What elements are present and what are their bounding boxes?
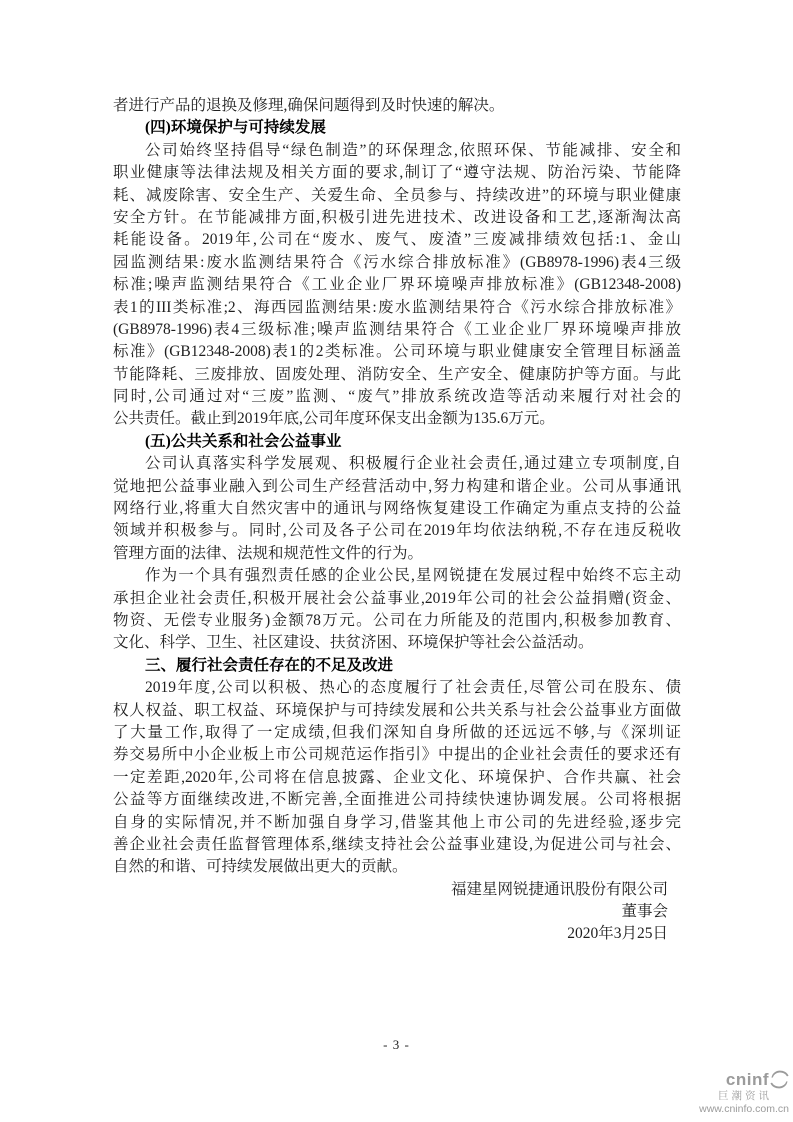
heading-section-5: (五)公共关系和社会公益事业 xyxy=(113,431,681,453)
page-number: - 3 - xyxy=(0,1037,793,1053)
para-improvement-line: 券交易所中小企业板上市公司规范运作指引》中提出的企业社会责任的要求还有 xyxy=(113,744,681,766)
para-environment-line: 公司始终坚持倡导“绿色制造”的环保理念,依照环保、节能减排、安全和 xyxy=(113,140,681,162)
para-environment-line: 耗能设备。2019年,公司在“废水、废气、废渣”三废减排绩效包括:1、金山 xyxy=(113,229,681,251)
para-environment-line: 同时,公司通过对“三废”监测、“废气”排放系统改造等活动来履行对社会的 xyxy=(113,386,681,408)
signature-board: 董事会 xyxy=(113,901,681,923)
para-environment-line: 安全方针。在节能减排方面,积极引进先进技术、改进设备和工艺,逐渐淘汰高 xyxy=(113,207,681,229)
para-environment-line: 公共责任。截止到2019年底,公司年度环保支出金额为135.6万元。 xyxy=(113,408,681,430)
para-charity-line: 文化、科学、卫生、社区建设、扶贫济困、环境保护等社会公益活动。 xyxy=(113,632,681,654)
para-charity-line: 承担企业社会责任,积极开展社会公益事业,2019年公司的社会公益捐赠(资金、 xyxy=(113,588,681,610)
para-improvement-line: 2019年度,公司以积极、热心的态度履行了社会责任,尽管公司在股东、债 xyxy=(113,677,681,699)
para-environment-line: 表1的III类标准;2、海西园监测结果:废水监测结果符合《污水综合排放标准》 xyxy=(113,297,681,319)
para-environment-line: 标准》(GB12348-2008)表1的2类标准。公司环境与职业健康安全管理目标… xyxy=(113,341,681,363)
para-improvement-line: 自然的和谐、可持续发展做出更大的贡献。 xyxy=(113,856,681,878)
document-page: 者进行产品的退换及修理,确保问题得到及时快速的解决。(四)环境保护与可持续发展公… xyxy=(0,0,793,1122)
cninfo-brand-text: cninf xyxy=(726,1070,769,1090)
para-environment-line: 园监测结果:废水监测结果符合《污水综合排放标准》(GB8978-1996)表4三… xyxy=(113,252,681,274)
para-public-relations-line: 管理方面的法律、法规和规范性文件的行为。 xyxy=(113,543,681,565)
signature-company: 福建星网锐捷通讯股份有限公司 xyxy=(113,879,681,901)
para-environment-line: 标准;噪声监测结果符合《工业企业厂界环境噪声排放标准》(GB12348-2008… xyxy=(113,274,681,296)
para-improvement-line: 一定差距,2020年,公司将在信息披露、企业文化、环境保护、合作共赢、社会 xyxy=(113,767,681,789)
para-public-relations-line: 领域并积极参与。同时,公司及各子公司在2019年均依法纳税,不存在违反税收 xyxy=(113,520,681,542)
para-improvement-line: 自身的实际情况,并不断加强自身学习,借鉴其他上市公司的先进经验,逐步完 xyxy=(113,812,681,834)
cninfo-logo: cninf xyxy=(659,1070,789,1090)
para-charity-line: 作为一个具有强烈责任感的企业公民,星网锐捷在发展过程中始终不忘主动 xyxy=(113,565,681,587)
para-continuation-line: 者进行产品的退换及修理,确保问题得到及时快速的解决。 xyxy=(113,95,681,117)
para-public-relations-line: 公司认真落实科学发展观、积极履行企业社会责任,通过建立专项制度,自 xyxy=(113,453,681,475)
signature-date: 2020年3月25日 xyxy=(113,923,681,945)
para-improvement-line: 权人权益、职工权益、环境保护与可持续发展和公共关系与社会公益事业方面做 xyxy=(113,700,681,722)
document-body: 者进行产品的退换及修理,确保问题得到及时快速的解决。(四)环境保护与可持续发展公… xyxy=(113,95,681,946)
para-public-relations-line: 觉地把公益事业融入到公司生产经营活动中,努力构建和谐企业。公司从事通讯 xyxy=(113,476,681,498)
para-environment-line: 节能降耗、三废排放、固废处理、消防安全、生产安全、健康防护等方面。与此 xyxy=(113,364,681,386)
para-improvement-line: 了大量工作,取得了一定成绩,但我们深知自身所做的还远远不够,与《深圳证 xyxy=(113,722,681,744)
para-public-relations-line: 网络行业,将重大自然灾害中的通讯与网络恢复建设工作确定为重点支持的公益 xyxy=(113,498,681,520)
cninfo-swirl-icon xyxy=(770,1070,789,1089)
para-environment-line: (GB8978-1996)表4三级标准;噪声监测结果符合《工业企业厂界环境噪声排… xyxy=(113,319,681,341)
cninfo-url: www.cninfo.com.cn xyxy=(659,1103,789,1115)
para-environment-line: 耗、减废除害、安全生产、关爱生命、全员参与、持续改进”的环境与职业健康 xyxy=(113,185,681,207)
heading-section-3-improvement: 三、履行社会责任存在的不足及改进 xyxy=(113,655,681,677)
para-improvement-line: 善企业社会责任监督管理体系,继续支持社会公益事业建设,为促进公司与社会、 xyxy=(113,834,681,856)
heading-section-4: (四)环境保护与可持续发展 xyxy=(113,117,681,139)
cninfo-brand-chinese: 巨潮资讯 xyxy=(659,1090,772,1102)
para-charity-line: 物资、无偿专业服务)金额78万元。公司在力所能及的范围内,积极参加教育、 xyxy=(113,610,681,632)
para-environment-line: 职业健康等法律法规及相关方面的要求,制订了“遵守法规、防治污染、节能降 xyxy=(113,162,681,184)
cninfo-watermark: cninf 巨潮资讯 www.cninfo.com.cn xyxy=(659,1070,789,1115)
para-improvement-line: 公益等方面继续改进,不断完善,全面推进公司持续快速协调发展。公司将根据 xyxy=(113,789,681,811)
